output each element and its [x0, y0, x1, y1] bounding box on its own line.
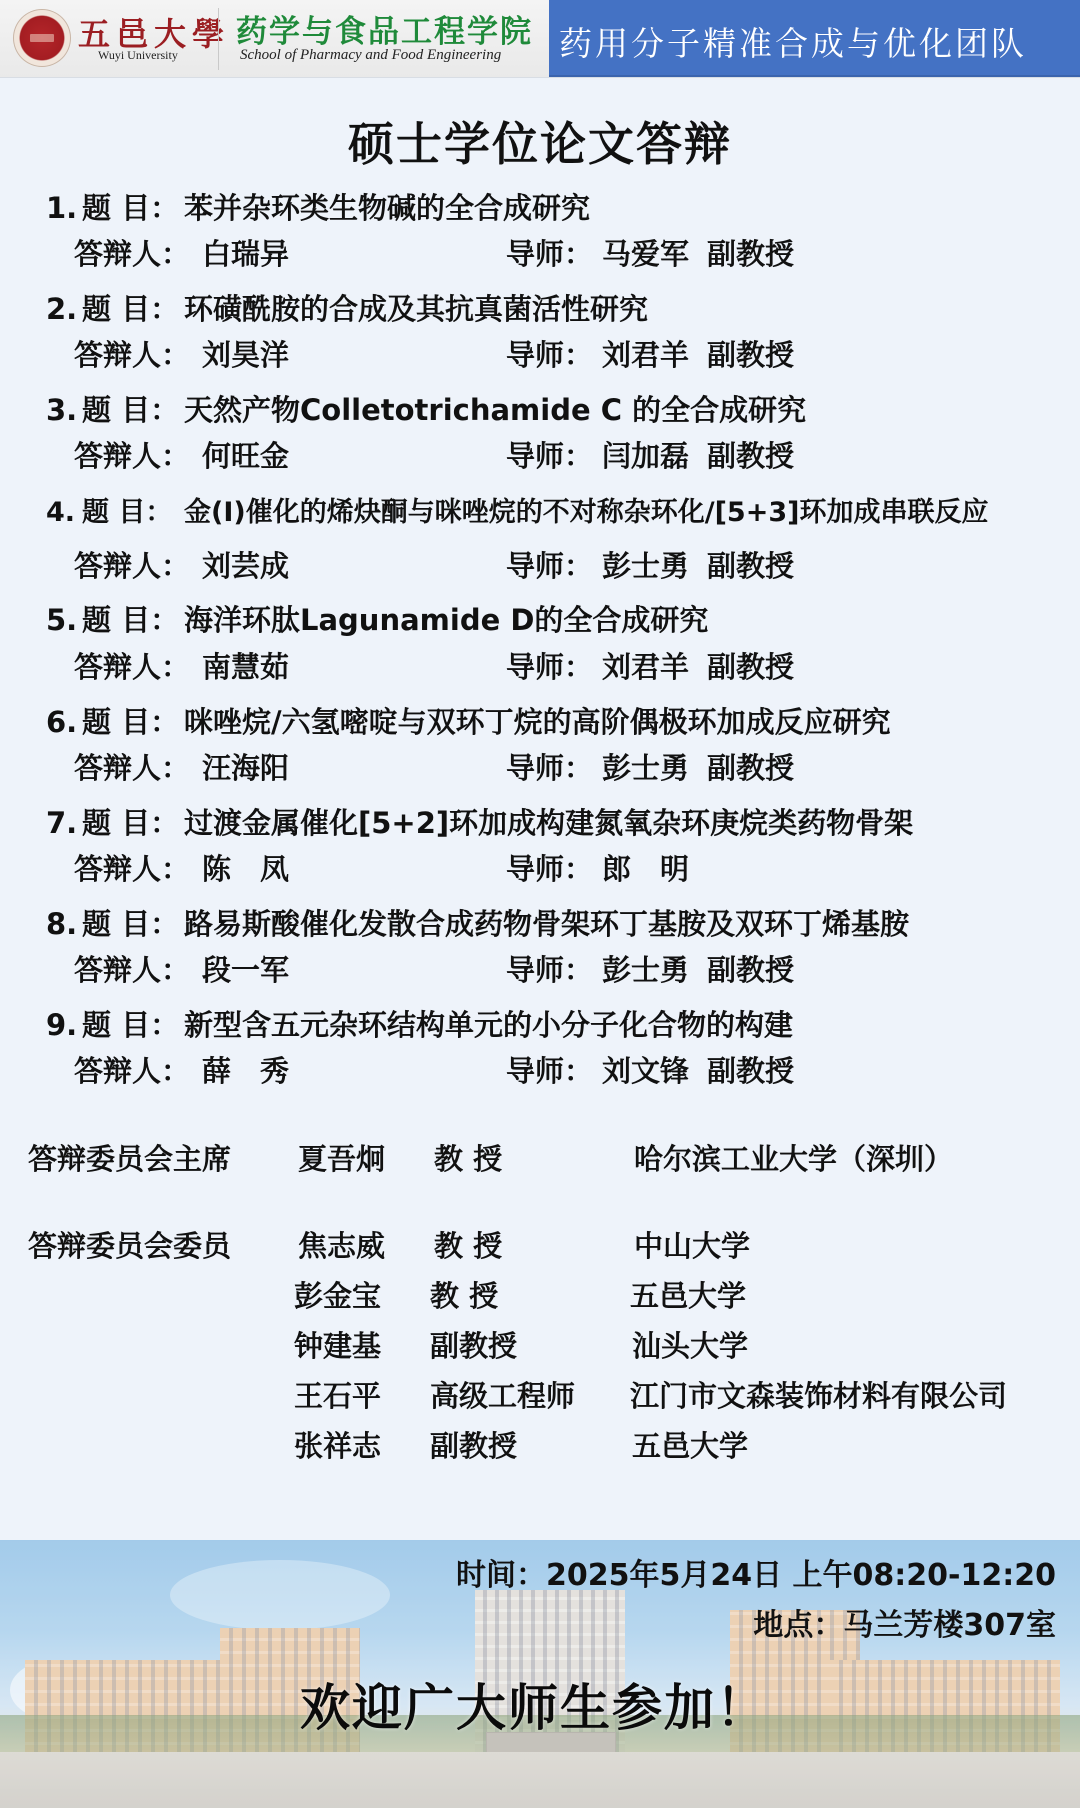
advisor-title: 副教授 [707, 549, 794, 583]
thesis-number: 7. [46, 806, 82, 840]
advisor-label: 导师： [506, 847, 602, 888]
member-title: 副教授 [430, 1324, 517, 1365]
thesis-number: 1. [46, 191, 82, 225]
member-org: 江门市文森装饰材料有限公司 [630, 1374, 1007, 1415]
thesis-topic: 环磺酰胺的合成及其抗真菌活性研究 [184, 292, 648, 326]
university-seal-icon [14, 10, 70, 66]
advisor-title: 副教授 [707, 751, 794, 785]
header-banner: 五邑大學 Wuyi University 药学与食品工程学院 School of… [0, 0, 1080, 78]
thesis-topic: 路易斯酸催化发散合成药物骨架环丁基胺及双环丁烯基胺 [184, 907, 909, 941]
advisor-row: 导师：刘君羊副教授 [506, 333, 794, 374]
thesis-topic: 海洋环肽Lagunamide D的全合成研究 [184, 603, 708, 637]
defender-name: 薛 秀 [202, 1054, 289, 1088]
member-name: 钟建基 [294, 1324, 381, 1365]
topic-label: 题 目： [82, 801, 184, 842]
topic-label: 题 目： [82, 287, 184, 328]
advisor-name: 马爱军 [602, 237, 689, 271]
advisor-title: 副教授 [707, 1054, 794, 1088]
defender-row: 答辩人：白瑞异 [74, 232, 289, 273]
advisor-title: 副教授 [707, 439, 794, 473]
topic-label: 题 目： [82, 1003, 184, 1044]
thesis-number: 5. [46, 603, 82, 637]
topic-label: 题 目： [82, 388, 184, 429]
member-org: 中山大学 [634, 1224, 750, 1265]
thesis-topic: 新型含五元杂环结构单元的小分子化合物的构建 [184, 1008, 793, 1042]
advisor-label: 导师： [506, 333, 602, 374]
member-name: 焦志威 [298, 1224, 385, 1265]
header-divider [218, 8, 219, 70]
defender-label: 答辩人： [74, 746, 202, 787]
member-title: 教 授 [434, 1224, 502, 1265]
member-org: 汕头大学 [632, 1324, 748, 1365]
defender-name: 陈 凤 [202, 852, 289, 886]
thesis-number: 6. [46, 705, 82, 739]
thesis-topic: 咪唑烷/六氢嘧啶与双环丁烷的高阶偶极环加成反应研究 [184, 705, 891, 739]
advisor-title: 副教授 [707, 338, 794, 372]
thesis-topic-row: 1.题 目：苯并杂环类生物碱的全合成研究 [46, 186, 590, 227]
member-title: 教 授 [434, 1137, 502, 1178]
defender-label: 答辩人： [74, 544, 202, 585]
advisor-name: 刘文锋 [602, 1054, 689, 1088]
advisor-label: 导师： [506, 948, 602, 989]
thesis-number: 3. [46, 393, 82, 427]
defender-name: 刘昊洋 [202, 338, 289, 372]
advisor-title: 副教授 [707, 953, 794, 987]
topic-label: 题 目： [82, 186, 184, 227]
event-place: 地点：马兰芳楼307室 [753, 1600, 1056, 1644]
advisor-label: 导师： [506, 746, 602, 787]
defender-label: 答辩人： [74, 434, 202, 475]
defender-label: 答辩人： [74, 232, 202, 273]
member-title: 教 授 [430, 1274, 498, 1315]
defender-row: 答辩人：薛 秀 [74, 1049, 289, 1090]
member-name: 王石平 [294, 1374, 381, 1415]
thesis-topic-row: 9.题 目：新型含五元杂环结构单元的小分子化合物的构建 [46, 1003, 793, 1044]
member-name: 张祥志 [294, 1424, 381, 1465]
welcome-message: 欢迎广大师生参加！ [300, 1668, 768, 1740]
defender-row: 答辩人：陈 凤 [74, 847, 289, 888]
thesis-topic-row: 3.题 目：天然产物Colletotrichamide C 的全合成研究 [46, 388, 806, 429]
defender-label: 答辩人： [74, 333, 202, 374]
team-banner: 药用分子精准合成与优化团队 [549, 0, 1080, 77]
thesis-number: 9. [46, 1008, 82, 1042]
page-title: 硕士学位论文答辩 [0, 108, 1080, 174]
defender-label: 答辩人： [74, 645, 202, 686]
thesis-topic: 过渡金属催化[5+2]环加成构建氮氧杂环庚烷类药物骨架 [184, 806, 913, 840]
advisor-name: 刘君羊 [602, 650, 689, 684]
thesis-topic-row: 6.题 目：咪唑烷/六氢嘧啶与双环丁烷的高阶偶极环加成反应研究 [46, 700, 891, 741]
defender-name: 白瑞异 [202, 237, 289, 271]
advisor-title: 副教授 [707, 237, 794, 271]
school-name-cn: 药学与食品工程学院 [236, 6, 533, 51]
defender-row: 答辩人：刘昊洋 [74, 333, 289, 374]
advisor-name: 闫加磊 [602, 439, 689, 473]
thesis-number: 2. [46, 292, 82, 326]
committee-chair-label: 答辩委员会主席 [28, 1137, 231, 1178]
defender-row: 答辩人：汪海阳 [74, 746, 289, 787]
advisor-row: 导师：彭士勇副教授 [506, 544, 794, 585]
thesis-number: 8. [46, 907, 82, 941]
defender-label: 答辩人： [74, 1049, 202, 1090]
advisor-row: 导师：刘文锋副教授 [506, 1049, 794, 1090]
advisor-row: 导师：郎 明 [506, 847, 707, 888]
thesis-topic-row: 4.题 目：金(I)催化的烯炔酮与咪唑烷的不对称杂环化/[5+3]环加成串联反应 [46, 490, 988, 529]
member-name: 彭金宝 [294, 1274, 381, 1315]
defender-row: 答辩人：刘芸成 [74, 544, 289, 585]
member-org: 五邑大学 [630, 1274, 746, 1315]
member-title: 副教授 [430, 1424, 517, 1465]
topic-label: 题 目： [82, 490, 184, 529]
thesis-topic-row: 8.题 目：路易斯酸催化发散合成药物骨架环丁基胺及双环丁烯基胺 [46, 902, 909, 943]
advisor-label: 导师： [506, 1049, 602, 1090]
university-name-en: Wuyi University [98, 48, 178, 63]
defender-row: 答辩人：段一军 [74, 948, 289, 989]
team-name: 药用分子精准合成与优化团队 [559, 18, 1027, 65]
defender-name: 何旺金 [202, 439, 289, 473]
advisor-name: 彭士勇 [602, 953, 689, 987]
advisor-title: 副教授 [707, 650, 794, 684]
defender-row: 答辩人：何旺金 [74, 434, 289, 475]
advisor-label: 导师： [506, 544, 602, 585]
thesis-topic: 金(I)催化的烯炔酮与咪唑烷的不对称杂环化/[5+3]环加成串联反应 [184, 497, 988, 528]
defender-label: 答辩人： [74, 847, 202, 888]
member-org: 五邑大学 [632, 1424, 748, 1465]
event-time: 时间：2025年5月24日 上午08:20-12:20 [456, 1550, 1056, 1594]
thesis-topic: 苯并杂环类生物碱的全合成研究 [184, 191, 590, 225]
defender-label: 答辩人： [74, 948, 202, 989]
topic-label: 题 目： [82, 902, 184, 943]
topic-label: 题 目： [82, 598, 184, 639]
advisor-row: 导师：彭士勇副教授 [506, 746, 794, 787]
advisor-name: 刘君羊 [602, 338, 689, 372]
school-name-en: School of Pharmacy and Food Engineering [240, 47, 501, 64]
member-name: 夏吾炯 [298, 1137, 385, 1178]
defender-name: 段一军 [202, 953, 289, 987]
advisor-label: 导师： [506, 434, 602, 475]
advisor-row: 导师：马爱军副教授 [506, 232, 794, 273]
advisor-row: 导师：刘君羊副教授 [506, 645, 794, 686]
defender-name: 汪海阳 [202, 751, 289, 785]
committee-members-label: 答辩委员会委员 [28, 1224, 231, 1265]
advisor-name: 彭士勇 [602, 751, 689, 785]
advisor-label: 导师： [506, 645, 602, 686]
thesis-topic-row: 2.题 目：环磺酰胺的合成及其抗真菌活性研究 [46, 287, 648, 328]
member-title: 高级工程师 [430, 1374, 575, 1415]
advisor-label: 导师： [506, 232, 602, 273]
advisor-name: 郎 明 [602, 852, 689, 886]
defender-name: 南慧茹 [202, 650, 289, 684]
thesis-topic: 天然产物Colletotrichamide C 的全合成研究 [184, 393, 806, 427]
advisor-row: 导师：彭士勇副教授 [506, 948, 794, 989]
topic-label: 题 目： [82, 700, 184, 741]
thesis-topic-row: 5.题 目：海洋环肽Lagunamide D的全合成研究 [46, 598, 708, 639]
advisor-row: 导师：闫加磊副教授 [506, 434, 794, 475]
thesis-topic-row: 7.题 目：过渡金属催化[5+2]环加成构建氮氧杂环庚烷类药物骨架 [46, 801, 913, 842]
member-org: 哈尔滨工业大学（深圳） [634, 1137, 953, 1178]
advisor-name: 彭士勇 [602, 549, 689, 583]
thesis-number: 4. [46, 497, 82, 528]
defender-row: 答辩人：南慧茹 [74, 645, 289, 686]
defender-name: 刘芸成 [202, 549, 289, 583]
